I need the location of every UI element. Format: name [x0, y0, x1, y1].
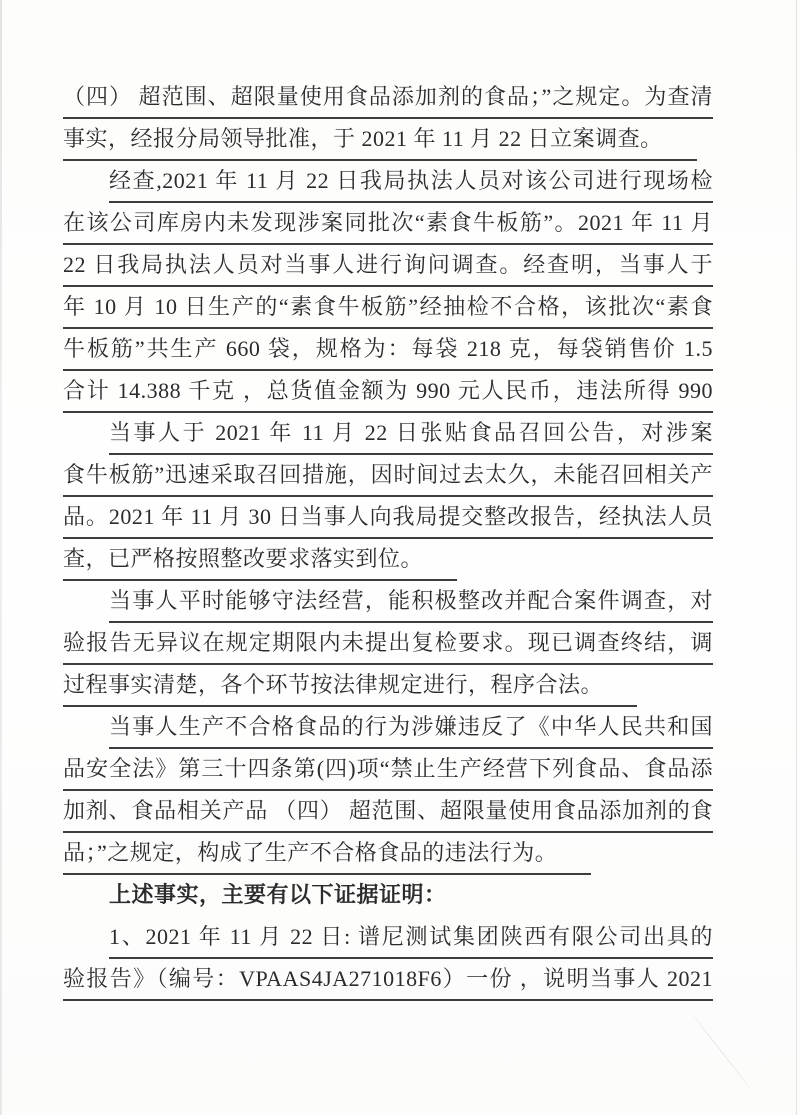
scanned-document-page: （四） 超范围、超限量使用食品添加剂的食品；”之规定。为查清事实，经报分局领导批…	[0, 0, 800, 1115]
text-line: 当事人于 2021 年 11 月 22 日张贴食品召回公告，对涉案的“素	[63, 414, 713, 456]
text-line: 品；”之规定，构成了生产不合格食品的违法行为。	[63, 834, 713, 876]
line-text: 事实，经报分局领导批准，于 2021 年 11 月 22 日立案调查。	[63, 120, 697, 161]
text-line: 1、2021 年 11 月 22 日: 谱尼测试集团陕西有限公司出具的《检	[63, 918, 713, 960]
line-text: （四） 超范围、超限量使用食品添加剂的食品；”之规定。为查清	[63, 78, 713, 119]
text-line: 年 10 月 10 日生产的“素食牛板筋”经抽检不合格，该批次“素食	[63, 288, 713, 330]
text-line: 当事人平时能够守法经营，能积极整改并配合案件调查，对检	[63, 582, 713, 624]
line-text: 食牛板筋”迅速采取召回措施，因时间过去太久，未能召回相关产	[63, 456, 713, 497]
text-line: 在该公司库房内未发现涉案同批次“素食牛板筋”。2021 年 11 月	[63, 204, 713, 246]
text-line: 当事人生产不合格食品的行为涉嫌违反了《中华人民共和国食	[63, 708, 713, 750]
line-text: 经查,2021 年 11 月 22 日我局执法人员对该公司进行现场检查，	[109, 162, 713, 203]
text-line: （四） 超范围、超限量使用食品添加剂的食品；”之规定。为查清	[63, 78, 713, 120]
text-line: 22 日我局执法人员对当事人进行询问调查。经查明，当事人于 2021	[63, 246, 713, 288]
line-text: 品；”之规定，构成了生产不合格食品的违法行为。	[63, 834, 591, 875]
text-line: 食牛板筋”迅速采取召回措施，因时间过去太久，未能召回相关产	[63, 456, 713, 498]
document-page: （四） 超范围、超限量使用食品添加剂的食品；”之规定。为查清事实，经报分局领导批…	[63, 78, 713, 1002]
line-text: 牛板筋”共生产 660 袋，规格为：每袋 218 克，每袋销售价 1.5 元，	[63, 330, 713, 371]
scan-right-edge	[796, 0, 797, 1115]
line-text: 年 10 月 10 日生产的“素食牛板筋”经抽检不合格，该批次“素食	[63, 288, 713, 329]
line-text: 验报告》（编号：VPAAS4JA271018F6）一份 ，说明当事人 2021 …	[63, 960, 713, 1001]
page-curl-shadow	[687, 1008, 760, 1102]
line-text: 当事人于 2021 年 11 月 22 日张贴食品召回公告，对涉案的“素	[109, 414, 713, 455]
scan-left-edge	[0, 0, 2, 1115]
text-line: 品。2021 年 11 月 30 日当事人向我局提交整改报告，经执法人员复	[63, 498, 713, 540]
text-line: 加剂、食品相关产品 （四） 超范围、超限量使用食品添加剂的食	[63, 792, 713, 834]
line-text: 合计 14.388 千克 ，总货值金额为 990 元人民币，违法所得 990 元…	[63, 372, 713, 413]
line-text: 品安全法》第三十四条第(四)项“禁止生产经营下列食品、食品添	[63, 750, 713, 791]
line-text: 在该公司库房内未发现涉案同批次“素食牛板筋”。2021 年 11 月	[63, 204, 713, 245]
line-text: 验报告无异议在规定期限内未提出复检要求。现已调查终结，调查	[63, 624, 713, 665]
text-line: 验报告无异议在规定期限内未提出复检要求。现已调查终结，调查	[63, 624, 713, 666]
line-text: 22 日我局执法人员对当事人进行询问调查。经查明，当事人于 2021	[63, 246, 713, 287]
text-line: 经查,2021 年 11 月 22 日我局执法人员对该公司进行现场检查，	[63, 162, 713, 204]
text-line: 事实，经报分局领导批准，于 2021 年 11 月 22 日立案调查。	[63, 120, 713, 162]
line-text: 查，已严格按照整改要求落实到位。	[63, 540, 457, 581]
line-text: 品。2021 年 11 月 30 日当事人向我局提交整改报告，经执法人员复	[63, 498, 713, 539]
text-line: 牛板筋”共生产 660 袋，规格为：每袋 218 克，每袋销售价 1.5 元，	[63, 330, 713, 372]
line-text: 过程事实清楚，各个环节按法律规定进行，程序合法。	[63, 666, 637, 707]
line-text: 当事人平时能够守法经营，能积极整改并配合案件调查，对检	[109, 582, 713, 623]
line-text: 加剂、食品相关产品 （四） 超范围、超限量使用食品添加剂的食	[63, 792, 713, 833]
line-text: 上述事实，主要有以下证据证明：	[109, 876, 447, 917]
text-line: 查，已严格按照整改要求落实到位。	[63, 540, 713, 582]
text-line: 合计 14.388 千克 ，总货值金额为 990 元人民币，违法所得 990 元…	[63, 372, 713, 414]
text-line: 品安全法》第三十四条第(四)项“禁止生产经营下列食品、食品添	[63, 750, 713, 792]
text-line: 过程事实清楚，各个环节按法律规定进行，程序合法。	[63, 666, 713, 708]
text-line: 验报告》（编号：VPAAS4JA271018F6）一份 ，说明当事人 2021 …	[63, 960, 713, 1002]
line-text: 1、2021 年 11 月 22 日: 谱尼测试集团陕西有限公司出具的《检	[109, 918, 713, 959]
text-line: 上述事实，主要有以下证据证明：	[63, 876, 713, 918]
line-text: 当事人生产不合格食品的行为涉嫌违反了《中华人民共和国食	[109, 708, 713, 749]
